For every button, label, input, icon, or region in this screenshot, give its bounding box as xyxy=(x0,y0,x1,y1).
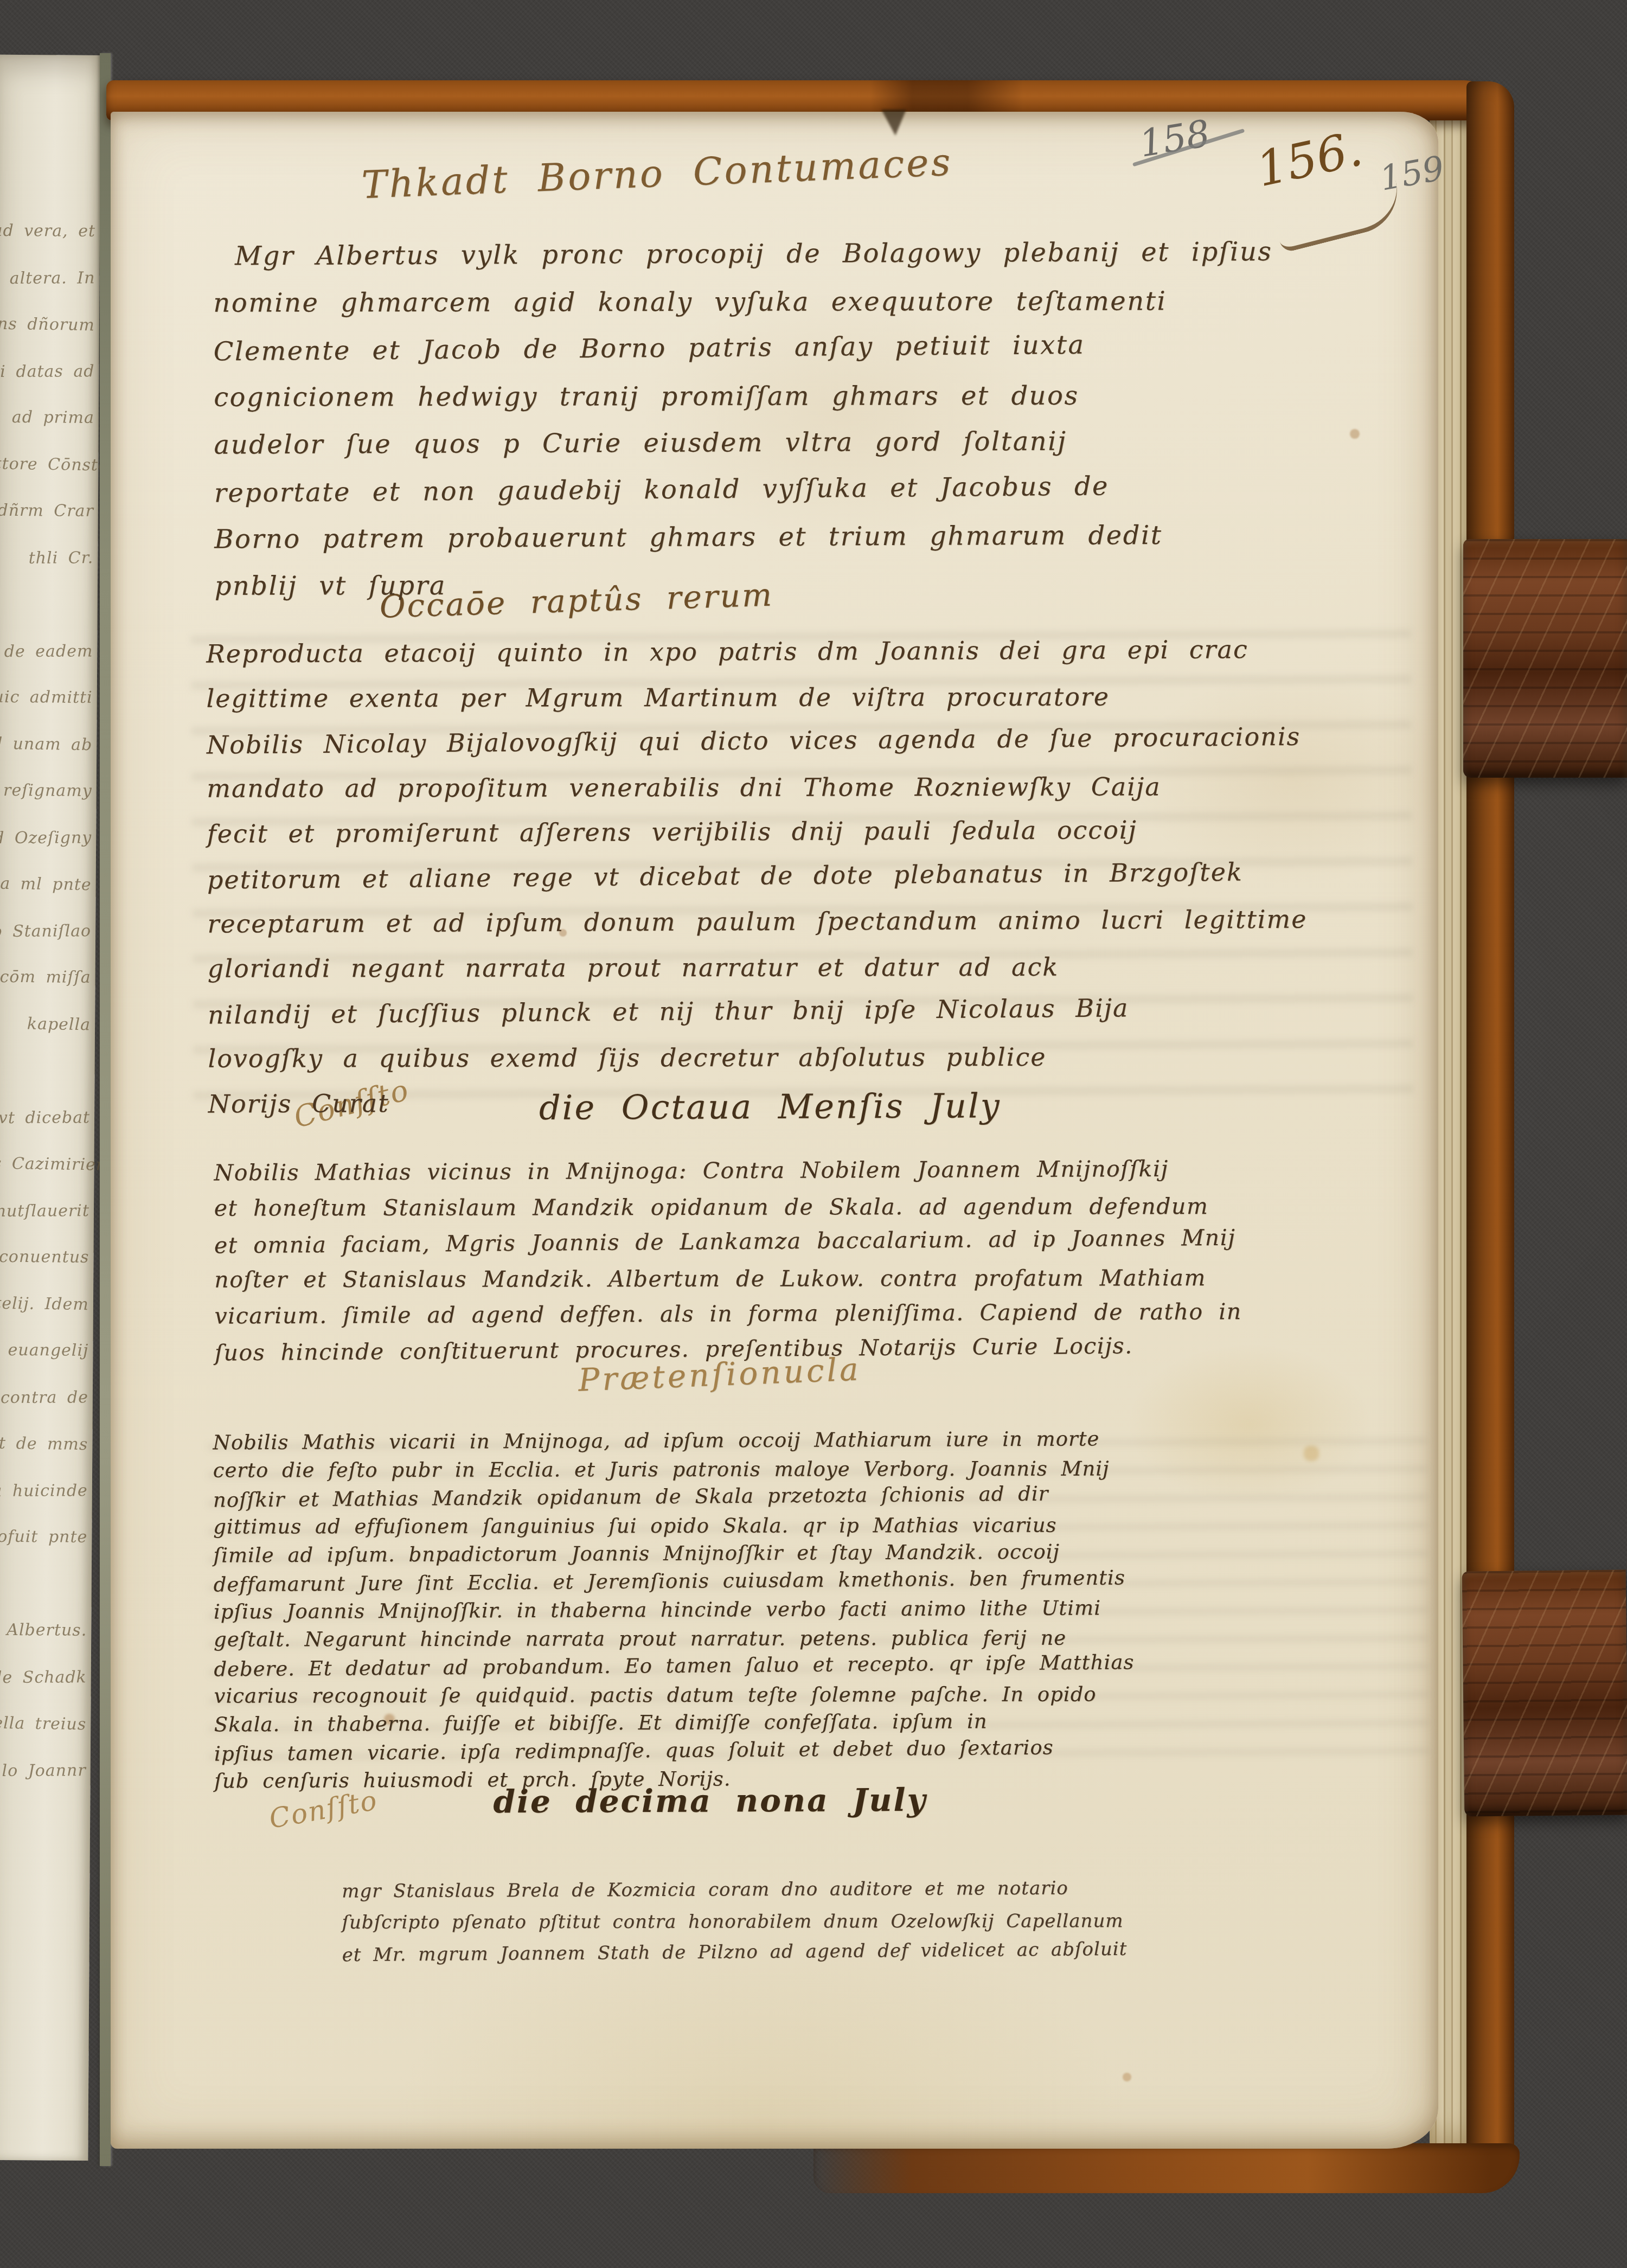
facing-page-line: tius ad vera, et xyxy=(0,207,95,255)
facing-page-line: nec de ea ml pnte xyxy=(0,860,92,909)
facing-page-line: lo Joannr xyxy=(0,1747,86,1795)
facing-page-line xyxy=(0,1559,87,1609)
facing-page-line: j dſly cōm miſſa xyxy=(0,953,91,1001)
facing-page-line: pt ad unam ab xyxy=(0,720,93,769)
facing-page-line: ngella treius xyxy=(0,1699,87,1748)
manuscript-line: Reproducta etacoij quinto in xpo patris … xyxy=(206,626,1453,677)
manuscript-line: nilandij et ſucſſius plunck et nij thur … xyxy=(208,983,1456,1038)
facing-page-line: fecero Staniſlao xyxy=(0,908,91,955)
facing-page-line: im ad prima xyxy=(0,394,94,441)
manuscript-line: nomine ghmarcem agid konaly vyſuka exequ… xyxy=(213,277,1450,326)
foxing-spots xyxy=(94,95,99,100)
paragraph-5: mgr Stanislaus Brela de Kozmicia coram d… xyxy=(342,1870,1481,1970)
manuscript-line: Borno patrem probauerunt ghmars et trium… xyxy=(214,511,1451,563)
facing-page-line: ſunt euangelij xyxy=(0,1327,89,1374)
facing-page-line: orñi datas ad xyxy=(0,348,95,395)
facing-page-line: Nra. contra de xyxy=(0,1374,88,1421)
leather-cover-right-edge xyxy=(1466,81,1514,2184)
page-number-pencil: 159 xyxy=(1377,148,1447,198)
manuscript-line: Nobilis Nicolay Bijalovogſkij qui dicto … xyxy=(207,713,1455,768)
manuscript-line: Clemente et Jacob de Borno patris anſay … xyxy=(213,319,1450,376)
manuscript-line: receptarum et ad ipſum donum paulum ſpec… xyxy=(207,896,1455,947)
handwritten-text-layer: 158 156. 159 Thkadt Borno Contumaces Occ… xyxy=(106,109,1443,2152)
facing-page-line: dñrm Crar xyxy=(0,487,94,535)
facing-page-line: glis ca. de eadem xyxy=(0,628,93,675)
manuscript-line: Nobilis Mathis vicarii in Mnijnoga, ad i… xyxy=(213,1423,1482,1457)
page-title-heading: Thkadt Borno Contumaces xyxy=(361,140,953,208)
facing-page-line: mens Albertus. xyxy=(0,1606,87,1654)
paragraph-1: Mgr Albertus vylk pronc procopij de Bola… xyxy=(213,228,1451,611)
manuscript-line: vicarius recognouit ſe quidquid. pactis … xyxy=(214,1680,1483,1710)
facing-page-line: ttore dottore Cōnsto xyxy=(0,440,94,489)
facing-page-line: d approfuit pnte xyxy=(0,1513,88,1561)
manuscript-line: noſter et Stanislaus Mandzik. Albertum d… xyxy=(214,1259,1472,1297)
leather-cover-bottom-edge xyxy=(813,2143,1520,2193)
facing-page-line: manu mutſlauerit xyxy=(0,1188,89,1235)
scanned-manuscript-scene: tius ad vera, ettæ ad altera. Inx debens… xyxy=(0,0,1627,2268)
manuscript-line: Nobilis Mathias vicinus in Mnijnoga: Con… xyxy=(214,1149,1472,1190)
facing-page-line: ag in reſignamy xyxy=(0,767,92,815)
facing-page-line: quid conuentus xyxy=(0,1233,89,1281)
facing-page-edge: tius ad vera, ettæ ad altera. Inx debens… xyxy=(0,55,101,2161)
paragraph-3: Nobilis Mathias vicinus in Mnijnoga: Con… xyxy=(214,1149,1473,1369)
facing-page-line: his huic admitti xyxy=(0,674,93,721)
manuscript-line: lovogſky a quibus exemd ſijs decretur ab… xyxy=(208,1034,1455,1081)
facing-page-line xyxy=(0,580,93,629)
facing-page-line: tæ ad altera. In xyxy=(0,255,95,302)
manuscript-page: 158 156. 159 Thkadt Borno Contumaces Occ… xyxy=(111,112,1438,2149)
manuscript-line: pnblij vt ſupra xyxy=(215,560,1451,610)
page-number-ink: 156. xyxy=(1251,120,1367,197)
facing-page-line: x debens dñorum xyxy=(0,300,95,349)
manuscript-line: petitorum et aliane rege vt dicebat de d… xyxy=(207,848,1455,903)
facing-page-line: kamitelij. Idem xyxy=(0,1279,89,1329)
facing-page-line: int vt dicebat xyxy=(0,1094,90,1142)
facing-page-line: capit de mms xyxy=(0,1419,88,1469)
manuscript-line: Norijs Curat xyxy=(208,1077,1456,1127)
facing-page-line: llanus de Schadk xyxy=(0,1654,87,1701)
manuscript-line: cognicionem hedwigy tranij promiſſam ghm… xyxy=(214,371,1450,421)
leather-clasp-strap-bottom xyxy=(1462,1569,1627,1816)
manuscript-line: gittimus ad effuſionem ſanguinius ſui op… xyxy=(213,1510,1482,1541)
facing-page-line: ula huicinde xyxy=(0,1468,88,1515)
facing-page-line: thli Cr. xyxy=(0,535,94,582)
leather-clasp-strap-top xyxy=(1463,539,1627,778)
paragraph-4: Nobilis Mathis vicarii in Mnijnoga, ad i… xyxy=(213,1423,1483,1795)
facing-page-line: kapella xyxy=(0,1000,91,1049)
manuscript-line: audelor ſue quos p Curie eiusdem vltra g… xyxy=(214,417,1450,469)
manuscript-line: mgr Stanislaus Brela de Kozmicia coram d… xyxy=(342,1870,1481,1907)
facing-page-line: s dd Ozeſigny xyxy=(0,815,92,862)
paragraph-2: Reproducta etacoij quinto in xpo patris … xyxy=(206,626,1456,1127)
manuscript-line: mandato ad propoſitum venerabilis dni Th… xyxy=(207,764,1454,811)
facing-page-text-fragments: tius ad vera, ettæ ad altera. Inx debens… xyxy=(0,207,95,1794)
facing-page-line: Canonicis Cazimirien xyxy=(0,1139,90,1189)
manuscript-line: reportate et non gaudebij konald vyſſuka… xyxy=(214,460,1451,517)
manuscript-line: Mgr Albertus vylk pronc procopij de Bola… xyxy=(213,228,1450,280)
facing-page-line xyxy=(0,1047,91,1094)
